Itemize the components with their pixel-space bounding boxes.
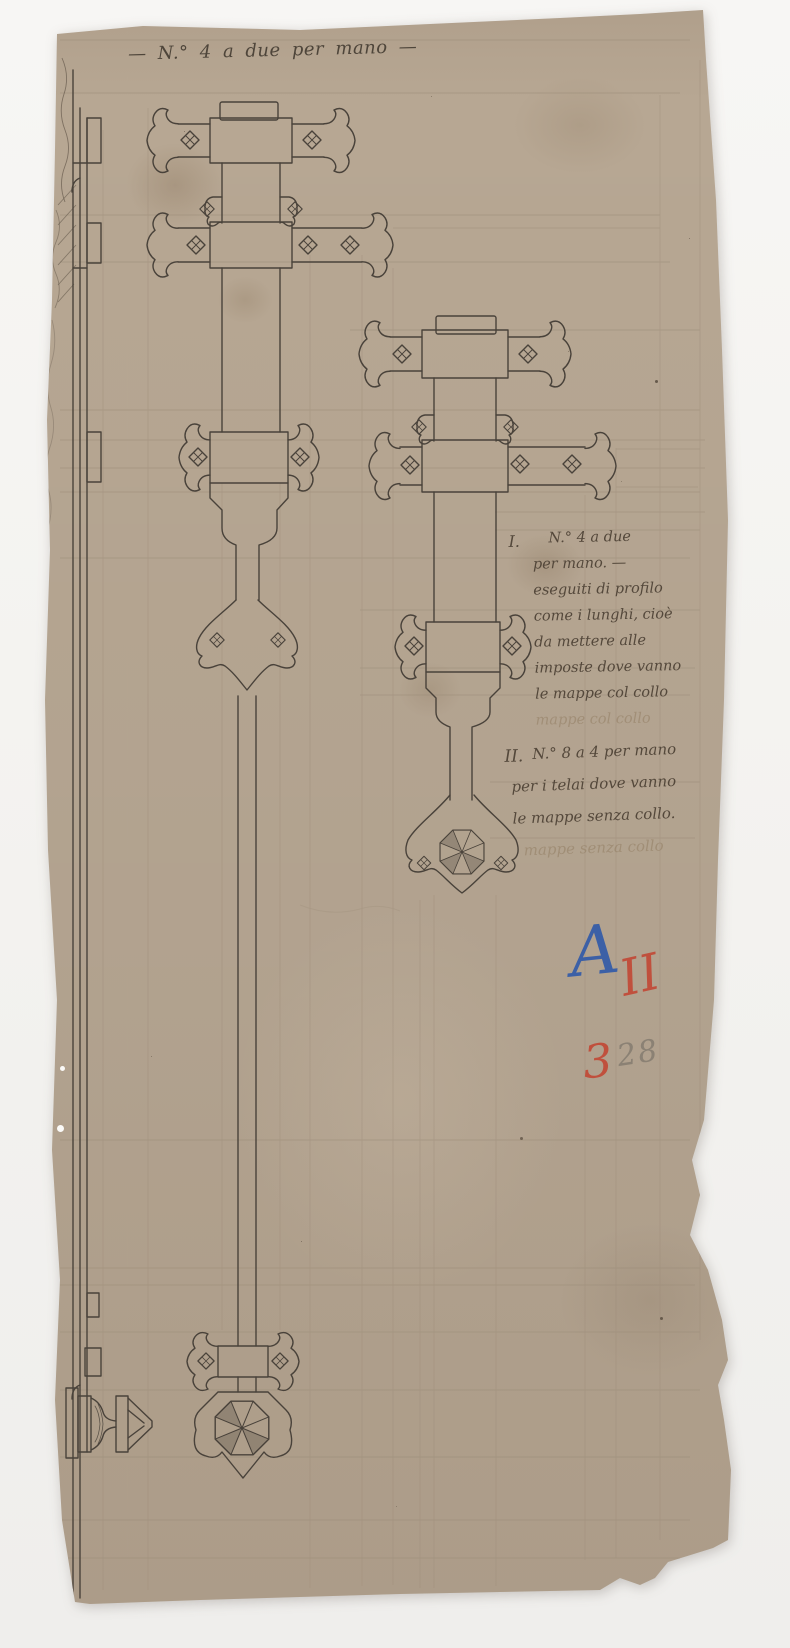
note-1-line: imposte dove vanno <box>534 652 719 681</box>
wood-grain-hatching <box>46 58 76 532</box>
right-hinge-shoulders-and-rod <box>426 672 500 800</box>
note-1-numeral: I. <box>508 529 520 555</box>
right-hinge-crossbar-1 <box>359 321 571 387</box>
left-hinge-crossbar-2 <box>147 213 393 277</box>
note-1-line: N.° 4 a due <box>548 522 717 551</box>
left-hinge-bottom-terminal <box>194 1392 291 1478</box>
note-2: II. N.° 8 a 4 per mano per i telai dove … <box>506 731 730 867</box>
right-hinge-strap <box>434 378 496 622</box>
rosette-medallion <box>215 1401 269 1455</box>
archive-mark-pencil-number: 28 <box>615 1033 662 1074</box>
note-2-numeral: II. <box>504 740 524 773</box>
rosette-medallion <box>440 830 484 874</box>
knob-profile-detail <box>66 1388 152 1458</box>
left-hinge-mid-terminal <box>197 600 298 690</box>
left-hinge-strap <box>222 163 280 432</box>
archive-mark-red-number: 3 <box>581 1033 615 1089</box>
right-hinge-crossbar-3 <box>395 615 531 679</box>
note-1-line: per mano. — <box>533 548 718 577</box>
paper-speck-layer <box>520 1137 523 1140</box>
door-edge-profile <box>72 70 101 1598</box>
scanned-drawing-sheet: — N.° 4 a due per mano — I. N.° 4 a due … <box>0 0 790 1648</box>
note-1: I. N.° 4 a due per mano. — eseguiti di p… <box>532 522 721 733</box>
pinhole <box>57 1125 64 1132</box>
right-hinge-top-plate <box>436 316 496 334</box>
right-hinge-bottom-terminal <box>406 795 518 893</box>
note-1-line: come i lunghi, cioè <box>534 600 719 629</box>
note-1-line: eseguiti di profilo <box>533 574 718 603</box>
left-hinge-crossbar-1 <box>147 109 355 173</box>
aged-paper: — N.° 4 a due per mano — I. N.° 4 a due … <box>0 0 790 1648</box>
left-hinge-crossbar-3 <box>179 424 319 491</box>
paper-shadow: — N.° 4 a due per mano — I. N.° 4 a due … <box>0 0 790 1648</box>
note-1-line: le mappe col collo <box>535 678 720 707</box>
note-1-ghost-line: mappe col collo <box>535 704 720 733</box>
left-hinge-crossbar-4 <box>187 1333 299 1392</box>
left-hinge-front-view <box>147 102 393 1478</box>
right-hinge-crossbar-2 <box>369 433 616 500</box>
note-1-line: da mettere alle <box>534 626 719 655</box>
